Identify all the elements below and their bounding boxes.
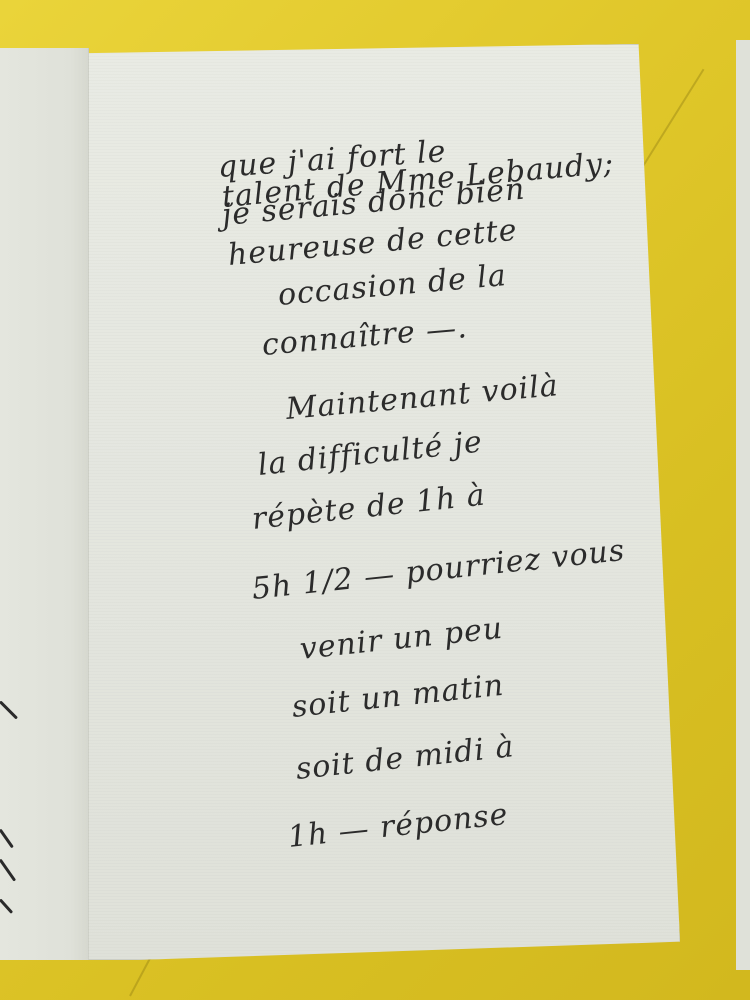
letter-line: Maintenant voilà <box>284 368 560 427</box>
letter-line: venir un peu <box>298 611 504 667</box>
letter-line: la difficulté je <box>256 424 484 482</box>
letter-line: 1h — réponse <box>286 797 510 855</box>
letter-line: répète de 1h à <box>250 478 487 537</box>
letter-line: soit un matin <box>290 668 506 725</box>
letter-line: occasion de la <box>276 258 508 313</box>
letter-line: 5h 1/2 — pourriez vous <box>250 533 627 607</box>
letter-text: que j'ai fort le talent de Mme Lebaudy; … <box>0 0 750 1000</box>
letter-line: connaître —. <box>260 310 468 363</box>
letter-line: soit de midi à <box>294 729 516 787</box>
